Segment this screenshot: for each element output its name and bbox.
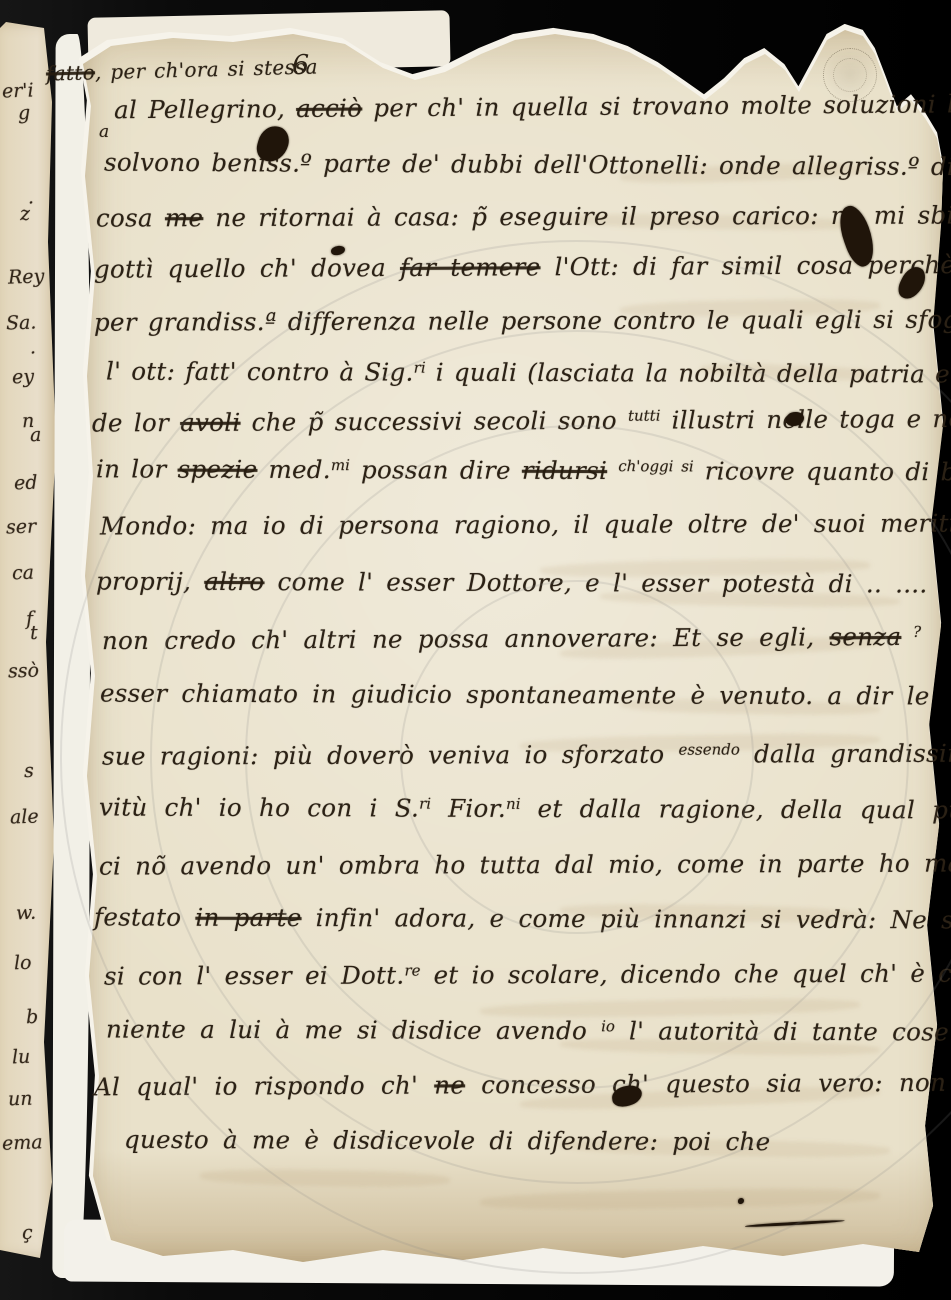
hand-text: concesso ch' questo sia vero: non p̃: [465, 1068, 951, 1100]
struck-text: ne: [434, 1070, 465, 1099]
hand-text: come l' esser Dottore, e l' esser potest…: [264, 567, 927, 598]
hand-text: Fior.: [431, 794, 506, 823]
hand-text: l'Ott: di far simil cosa perchè mi c'è .…: [540, 249, 951, 281]
hand-text: esser chiamato in giudicio spontaneament…: [100, 679, 930, 711]
manuscript-line: solvono beniss.º parte de' dubbi dell'Ot…: [104, 148, 951, 182]
hand-text: infin' adora, e come più innanzi si vedr…: [301, 903, 951, 935]
hand-text: illustri nelle toga e nell'armi,: [660, 403, 951, 434]
hand-text: solvono beniss.º parte de' dubbi dell'Ot…: [104, 148, 951, 182]
inserted-text: io: [601, 1017, 615, 1035]
manuscript-line: si con l' esser ei Dott.re et io scolare…: [104, 958, 951, 990]
manuscript-line: non credo ch' altri ne possa annoverare:…: [102, 622, 921, 655]
hand-text: [607, 456, 618, 485]
hand-text: i quali (lasciata la nobiltà della patri…: [426, 358, 950, 389]
hand-text: possan dire: [350, 455, 522, 485]
inserted-text: tutti: [628, 406, 661, 424]
hand-text: Mondo: ma io di persona ragiono, il qual…: [100, 509, 951, 541]
manuscript-scan: er'ig·zReySa.·eynaedsercaftssòsalew.lobl…: [0, 0, 951, 1300]
hand-text: per grandiss.ª differenza nelle persone …: [94, 304, 951, 336]
hand-text: med.: [257, 455, 331, 484]
inserted-text: ri: [414, 358, 426, 376]
manuscript-line: Al qual' io rispondo ch' ne concesso ch'…: [94, 1068, 951, 1102]
manuscript-line: festato in parte infin' adora, e come pi…: [94, 902, 951, 934]
inserted-text: re: [404, 961, 420, 979]
manuscript-line: a: [99, 122, 109, 142]
hand-text: al Pellegrino,: [114, 94, 296, 124]
struck-text: altro: [204, 567, 264, 596]
hand-text: si con l' esser ei Dott.: [104, 961, 405, 991]
hand-text: ricovre quanto di bello hà 'l: [694, 456, 951, 486]
manuscript-line: questo à me è disdicevole di difendere: …: [124, 1125, 771, 1156]
manuscript-line: esser chiamato in giudicio spontaneament…: [100, 679, 930, 711]
hand-text: cosa: [96, 203, 165, 232]
hand-text: per ch' in quella si trovano molte soluz…: [362, 89, 951, 123]
manuscript-line: vitù ch' io ho con i S.ri Fior.ni et dal…: [99, 792, 951, 824]
hand-text: de lor: [92, 408, 180, 437]
hand-text: proprij,: [96, 567, 204, 596]
struck-text: avoli: [180, 408, 241, 437]
inserted-text: ?: [901, 623, 921, 641]
manuscript-line: in lor spezie med.mi possan dire ridursi…: [96, 454, 951, 486]
hand-text: ci nõ avendo un' ombra ho tutta dal mio,…: [99, 848, 951, 880]
hand-text: che p̃ successivi secoli sono: [240, 406, 628, 437]
struck-text: far temere: [400, 252, 541, 282]
inserted-text: essendo: [678, 740, 740, 758]
hand-text: sue ragioni: più doverò veniva io sforza…: [102, 740, 679, 771]
inserted-text: ni: [506, 795, 521, 813]
struck-text: acciò: [296, 94, 362, 123]
manuscript-line: ci nõ avendo un' ombra ho tutta dal mio,…: [99, 848, 951, 880]
inserted-text: ri: [419, 794, 431, 812]
manuscript-line: fatto, per ch'ora si stessa: [46, 54, 318, 85]
hand-text: et dalla ragione, della qual pur: [520, 794, 951, 825]
manuscript-line: gottì quello ch' dovea far temere l'Ott:…: [94, 249, 951, 283]
inserted-text: mi: [331, 456, 350, 474]
hand-text: vitù ch' io ho con i S.: [99, 792, 419, 822]
manuscript-line: cosa me ne ritornai à casa: p̃ eseguire …: [96, 200, 951, 232]
hand-text: Al qual' io rispondo ch': [94, 1071, 434, 1102]
hand-text: dalla grandissima ser-: [740, 738, 951, 768]
hand-text: questo à me è disdicevole di difendere: …: [124, 1125, 771, 1156]
struck-text: spezie: [178, 455, 258, 484]
manuscript-line: al Pellegrino, acciò per ch' in quella s…: [114, 89, 951, 124]
hand-text: non credo ch' altri ne possa annoverare:…: [102, 622, 830, 655]
manuscript-line: l' ott: fatt' contro à Sig.ri i quali (l…: [106, 357, 950, 389]
hand-text: l' autorità di tante cose.: [615, 1016, 951, 1046]
handwriting-layer: 6 fatto, per ch'ora si stessaaal Pellegr…: [0, 0, 951, 1300]
manuscript-line: Mondo: ma io di persona ragiono, il qual…: [100, 509, 951, 541]
manuscript-line: proprij, altro come l' esser Dottore, e …: [96, 567, 928, 599]
hand-text: niente a lui à me si disdice avendo: [106, 1015, 601, 1046]
manuscript-line: sue ragioni: più doverò veniva io sforza…: [102, 738, 951, 770]
struck-text: ridursi: [522, 456, 607, 485]
hand-text: festato: [94, 902, 195, 931]
hand-text: in lor: [96, 454, 178, 483]
manuscript-line: niente a lui à me si disdice avendo io l…: [106, 1015, 951, 1047]
struck-text: senza: [829, 622, 901, 651]
struck-text: in parte: [195, 903, 301, 932]
struck-text: fatto: [46, 60, 96, 85]
hand-text: ne ritornai à casa: p̃ eseguire il preso…: [203, 200, 951, 232]
hand-text: a: [99, 122, 109, 142]
struck-text: me: [165, 203, 203, 232]
hand-text: , per ch'ora si stessa: [95, 54, 319, 84]
hand-text: gottì quello ch' dovea: [94, 253, 400, 284]
page-number: 6: [292, 50, 309, 81]
inserted-text: ch'oggi si: [618, 457, 694, 475]
manuscript-line: de lor avoli che p̃ successivi secoli so…: [92, 403, 951, 437]
hand-text: et io scolare, dicendo che quel ch' è co…: [420, 958, 951, 989]
manuscript-line: per grandiss.ª differenza nelle persone …: [94, 304, 951, 336]
hand-text: l' ott: fatt' contro à Sig.: [106, 357, 414, 387]
